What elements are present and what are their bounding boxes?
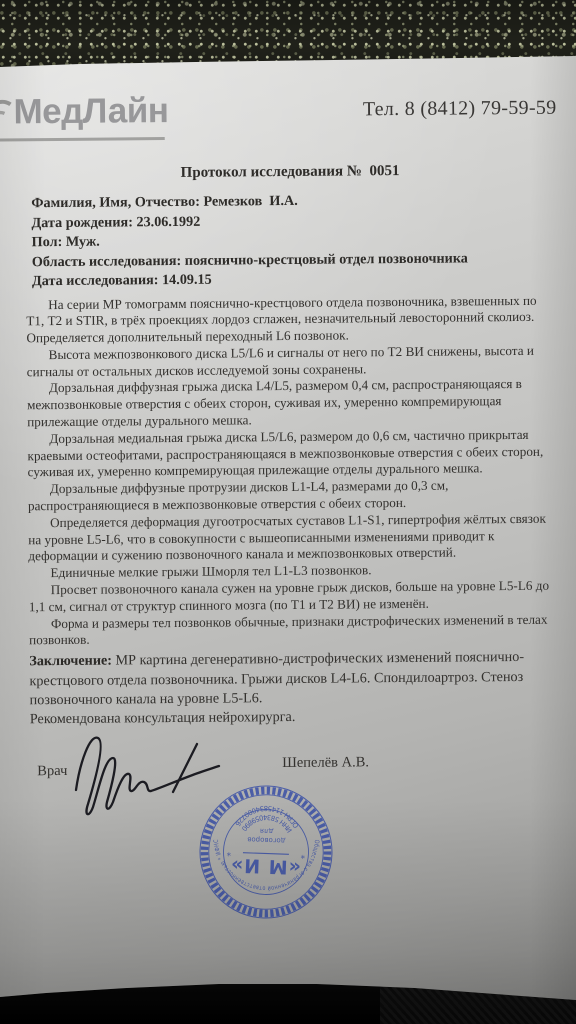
medline-logo-icon	[0, 95, 13, 129]
patient-birth-value: 23.06.1992	[136, 213, 200, 230]
findings-paragraph: Просвет позвоночного канала сужен на уро…	[29, 578, 559, 616]
conclusion-label: Заключение:	[29, 653, 112, 670]
patient-birth-label: Дата рождения:	[31, 214, 133, 231]
patient-sex-value: Муж.	[66, 234, 100, 250]
doctor-label: Врач	[37, 763, 67, 780]
study-date-label: Дата исследования:	[32, 272, 159, 289]
study-date-value: 14.09.15	[162, 272, 212, 288]
patient-info-block: Фамилия, Имя, Отчество: Ремезков И.А. Да…	[25, 190, 556, 292]
study-area-label: Область исследования:	[32, 252, 182, 269]
findings-paragraph: Дорзальные диффузные протрузии дисков L1…	[28, 477, 558, 515]
patient-sex-label: Пол:	[32, 234, 63, 250]
clinic-logo: МедЛайн	[0, 93, 227, 142]
doctor-name: Шепелёв А.В.	[282, 754, 369, 772]
findings-block: На серии МР томограмм пояснично-крестцов…	[26, 292, 559, 649]
findings-paragraph: Форма и размеры тел позвонков обычные, п…	[29, 611, 559, 649]
round-stamp: Общества с ограниченной ответственностью…	[196, 782, 336, 922]
document-title: Протокол исследования № 0051	[25, 162, 555, 184]
study-area-value: пояснично-крестцовый отдел позвоночника	[185, 250, 468, 268]
patient-name-label: Фамилия, Имя, Отчество:	[31, 194, 200, 211]
findings-paragraph: Высота межпозвонкового диска L5/L6 и сиг…	[27, 343, 557, 381]
clinic-logo-text: МедЛайн	[13, 93, 168, 129]
findings-paragraph: На серии МР томограмм пояснично-крестцов…	[26, 292, 556, 347]
document-paper: МедЛайн Тел. 8 (8412) 79-59-59 Протокол …	[0, 0, 576, 1024]
recommendation-line: Рекомендована консультация нейрохирурга.	[30, 706, 535, 730]
findings-paragraph: Дорзальная диффузная грыжа диска L4/L5, …	[27, 376, 557, 431]
study-date-line: Дата исследования: 14.09.15	[32, 268, 556, 292]
conclusion-block: Заключение: МР картина дегенеративно-дис…	[29, 648, 535, 730]
stamp-center-name: «М И»	[230, 854, 302, 878]
photo-of-medical-report: МедЛайн Тел. 8 (8412) 79-59-59 Протокол …	[0, 0, 576, 1024]
stamp-purpose-word1: для	[260, 827, 274, 835]
findings-paragraph: Определяется деформация дугоотросчатых с…	[28, 511, 558, 566]
patient-name-value: Ремезков И.А.	[203, 193, 297, 210]
findings-paragraph: Дорзальная медиальная грыжа диска L5/L6,…	[27, 427, 557, 482]
logo-underline	[0, 137, 165, 142]
stamp-purpose-word2: договоров	[247, 835, 286, 844]
clinic-phone: Тел. 8 (8412) 79-59-59	[363, 97, 557, 122]
